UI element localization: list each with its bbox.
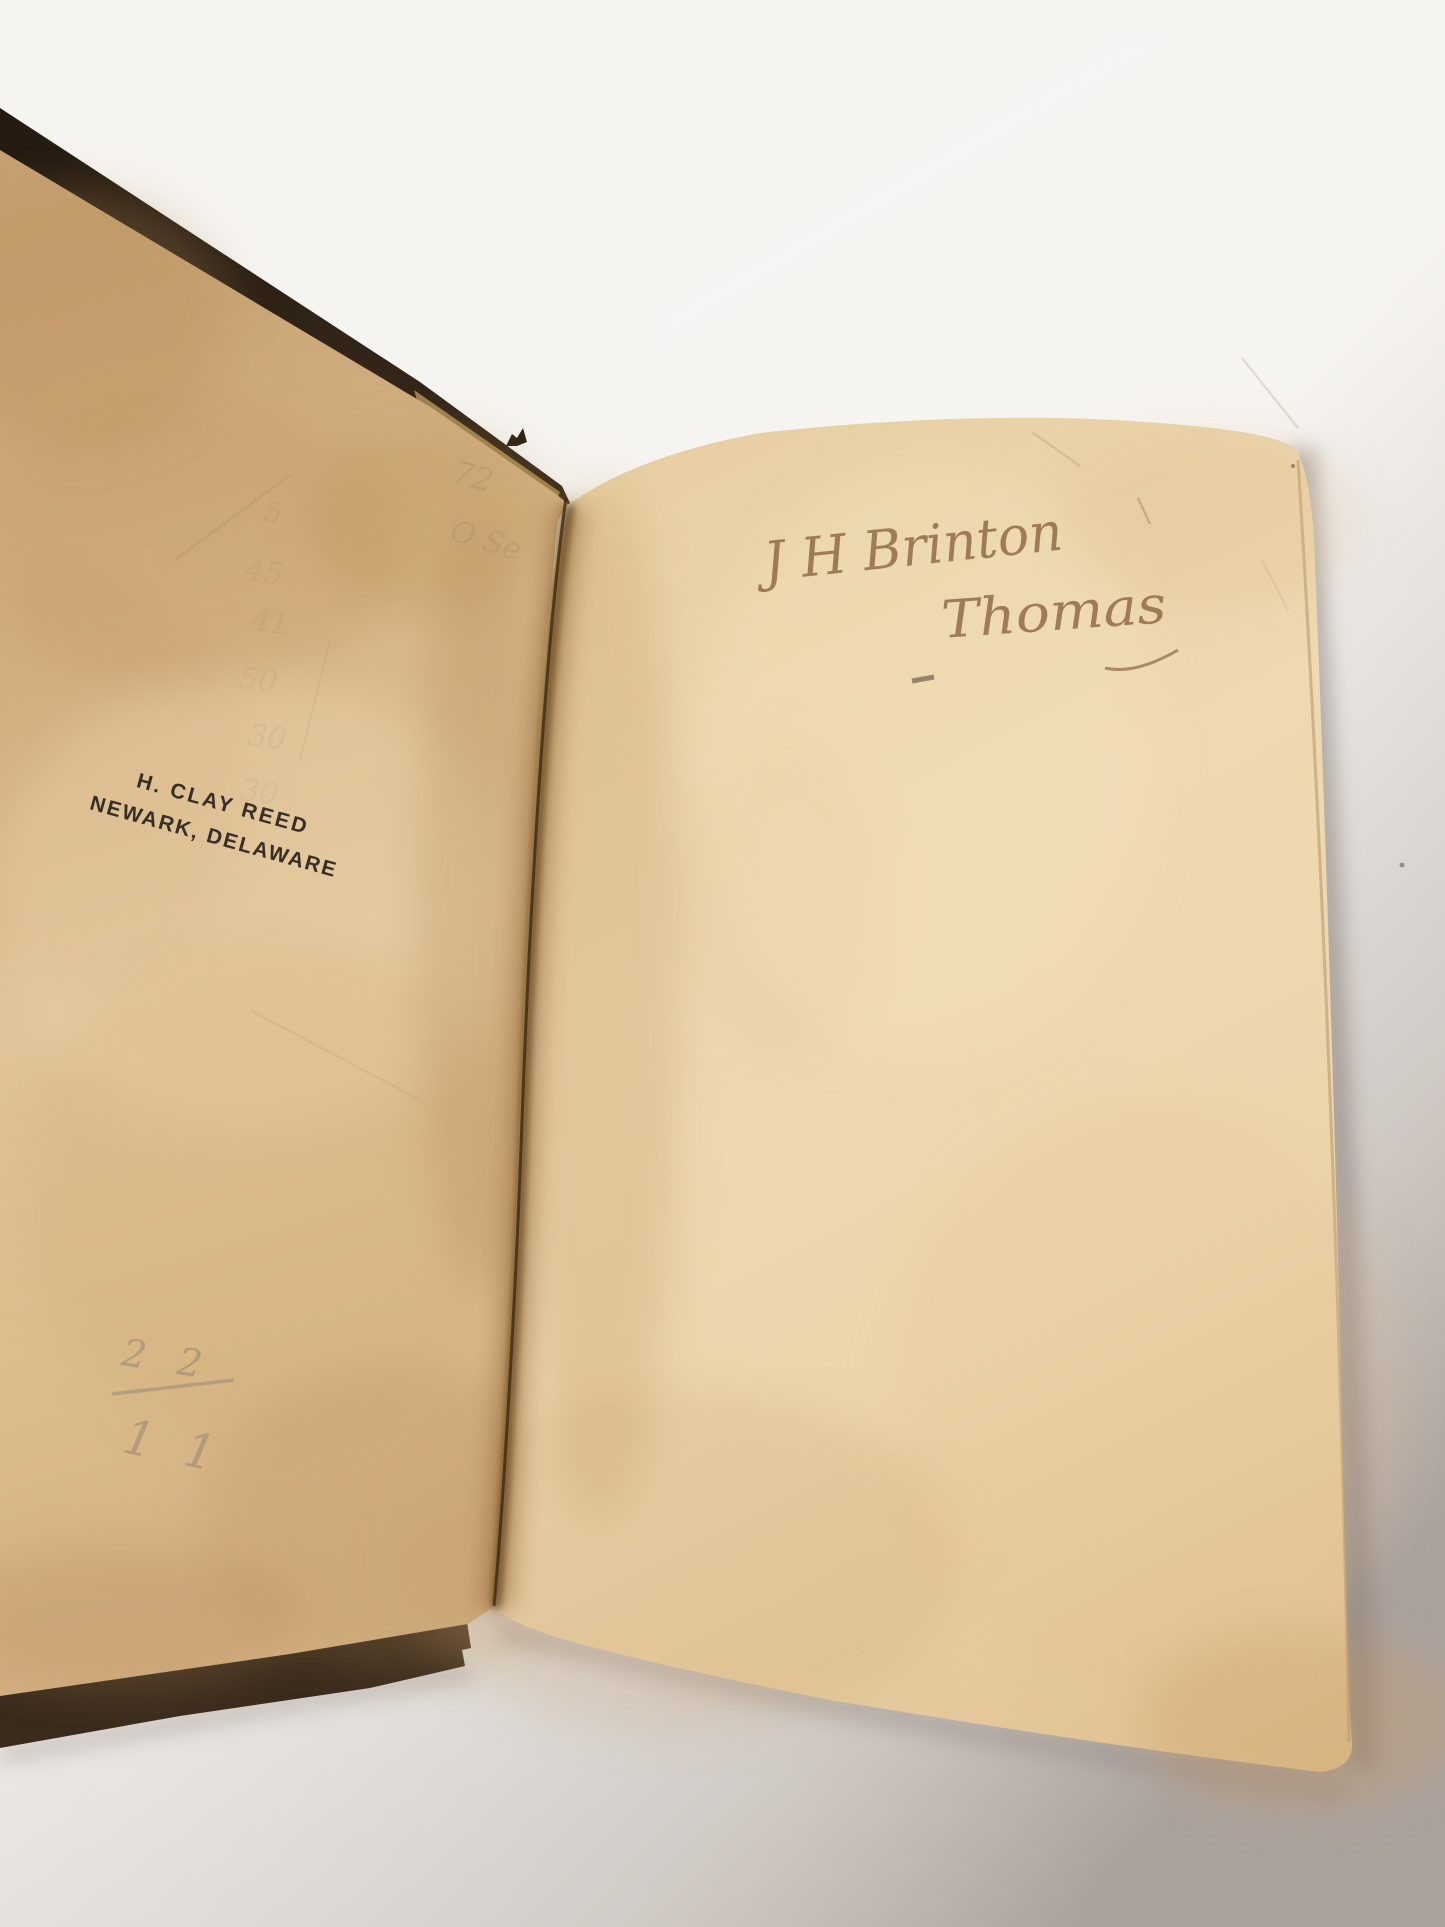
dust-speck — [1400, 863, 1405, 868]
pencil-mark-41: 41 — [248, 602, 292, 642]
page-speck — [1291, 464, 1295, 468]
pencil-mark-30b: 30 — [238, 773, 281, 813]
pencil-mark-50: 50 — [237, 661, 280, 701]
book-photo: H. CLAY REED NEWARK, DELAWARE 2 2 1 1 72… — [0, 0, 1445, 1927]
book-photo-svg: H. CLAY REED NEWARK, DELAWARE 2 2 1 1 72… — [0, 0, 1445, 1927]
pencil-mark-45: 45 — [242, 552, 286, 592]
pencil-mark-30a: 30 — [246, 718, 289, 758]
